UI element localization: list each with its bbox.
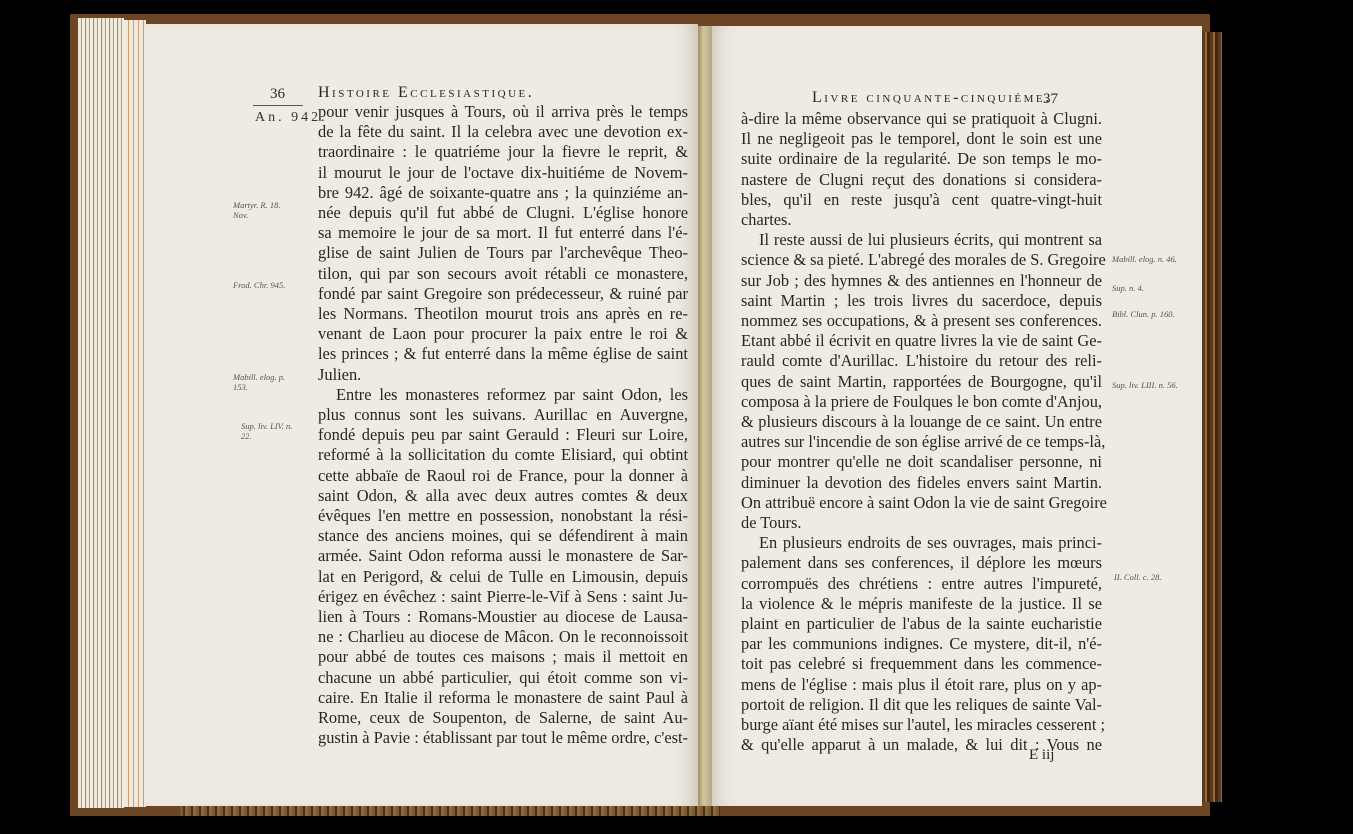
text-line: Rome, ceux de Soupenton, de Salerne, de … <box>318 708 688 728</box>
text-line: composa à la priere de Foulques le bon c… <box>741 392 1102 412</box>
text-line: Etant abbé il écrivit en quatre livres l… <box>741 331 1102 351</box>
text-line: On attribuë encore à saint Odon la vie d… <box>741 493 1102 513</box>
body-text: à-dire la même observance qui se pratiqu… <box>741 109 1102 756</box>
text-line: pour montrer qu'elle ne doit scandaliser… <box>741 452 1102 472</box>
margin-note: Mabill. elog. n. 46. <box>1112 254 1182 264</box>
running-head: Histoire Ecclesiastique. <box>318 84 534 102</box>
text-line: & plusieurs discours à la louange de ce … <box>741 412 1102 432</box>
text-line: tilon, qui par son secours avoit rétabli… <box>318 264 688 284</box>
margin-note: Sup. liv. LIV. n. 22. <box>241 421 295 441</box>
text-line: Julien. <box>318 365 688 385</box>
text-line: de la fête du saint. Il la celebra avec … <box>318 122 688 142</box>
text-line: fondé par saint Gregoire son prédecesseu… <box>318 284 688 304</box>
text-line: chacune un abbé particulier, qui étoit c… <box>318 668 688 688</box>
margin-rule <box>253 105 303 106</box>
text-line: science & sa pieté. L'abregé des morales… <box>741 250 1102 270</box>
book-gutter <box>698 26 712 806</box>
text-line: nastere de Clugni reçut des donations si… <box>741 170 1102 190</box>
text-line: de Tours. <box>741 513 1102 533</box>
text-line: évêques l'en mettre en possession, nonob… <box>318 506 688 526</box>
page-edges-left-inner <box>124 20 146 807</box>
page-number: 36 <box>270 86 285 103</box>
margin-note: Frod. Chr. 945. <box>233 280 293 290</box>
text-line: née depuis qu'il fut abbé de Clugni. L'é… <box>318 203 688 223</box>
text-line: saint Martin ; les trois livres du sacer… <box>741 291 1102 311</box>
body-text: pour venir jusques à Tours, où il arriva… <box>318 102 688 749</box>
text-line: par les communions indignes. Ce mystere,… <box>741 634 1102 654</box>
text-line: la violence & le mépris manifeste de la … <box>741 594 1102 614</box>
left-page: 36 Histoire Ecclesiastique. An. 942. Mar… <box>145 24 698 806</box>
text-line: chartes. <box>741 210 1102 230</box>
text-line: sa memoire le jour de sa mort. Il fut en… <box>318 223 688 243</box>
text-line: stance des anciens moines, qui se défend… <box>318 526 688 546</box>
text-line: lien à Tours : Romans-Moustier au dioces… <box>318 607 688 627</box>
text-line: Entre les monasteres reformez par saint … <box>318 385 688 405</box>
text-line: autres sur l'incendie de son église arri… <box>741 432 1102 452</box>
text-line: il mourut le jour de l'octave dix-huitié… <box>318 163 688 183</box>
text-line: rauld comte d'Aurillac. L'histoire du re… <box>741 351 1102 371</box>
text-line: reformé à la sollicitation du comte Elis… <box>318 445 688 465</box>
text-line: caire. En Italie il reforma le monastere… <box>318 688 688 708</box>
text-line: pour venir jusques à Tours, où il arriva… <box>318 102 688 122</box>
text-line: Il reste aussi de lui plusieurs écrits, … <box>741 230 1102 250</box>
text-line: plaint en particulier de l'abus de la sa… <box>741 614 1102 634</box>
text-line: les princes ; & fut enterré dans la même… <box>318 344 688 364</box>
page-number: 37 <box>1043 91 1058 108</box>
text-line: Il ne negligeoit pas le temporel, dont l… <box>741 129 1102 149</box>
signature-mark: E iij <box>1029 747 1054 764</box>
text-line: portoit de religion. Il dit que les reli… <box>741 695 1102 715</box>
text-line: armée. Saint Odon reforma aussi le monas… <box>318 546 688 566</box>
text-line: venant de Laon pour procurer la paix ent… <box>318 324 688 344</box>
text-line: à-dire la même observance qui se pratiqu… <box>741 109 1102 129</box>
year-marker: An. 942. <box>255 110 328 126</box>
text-line: burge aïant été mises sur l'autel, les m… <box>741 715 1102 735</box>
text-line: toit pas celebré si frequemment dans les… <box>741 654 1102 674</box>
text-line: plus connus sont les suivans. Aurillac e… <box>318 405 688 425</box>
right-page: Livre cinquante-cinquiéme. 37 Mabill. el… <box>712 26 1202 806</box>
text-line: ne : Charlieu au diocese de Mâcon. On le… <box>318 627 688 647</box>
text-line: sur Job ; des hymnes & des antiennes en … <box>741 271 1102 291</box>
margin-note: Martyr. R. 18. Nov. <box>233 200 293 220</box>
text-line: diminuer la devotion des fideles envers … <box>741 473 1102 493</box>
text-line: ques de saint Martin, rapportées de Bour… <box>741 372 1102 392</box>
margin-note: II. Coll. c. 28. <box>1114 572 1184 582</box>
text-line: gustin à Pavie : établissant par tout le… <box>318 728 688 748</box>
text-line: suite ordinaire de la regularité. De son… <box>741 149 1102 169</box>
running-head: Livre cinquante-cinquiéme. <box>812 89 1052 107</box>
text-line: bre 942. âgé de soixante-quatre ans ; la… <box>318 183 688 203</box>
text-line: corrompuës des chrétiens : entre autres … <box>741 574 1102 594</box>
book-cover-right-edge <box>1202 32 1222 802</box>
text-line: glise de saint Julien de Tours par l'arc… <box>318 243 688 263</box>
page-edges-left <box>78 18 124 808</box>
text-line: pour abbé de toutes ces maisons ; mais i… <box>318 647 688 667</box>
margin-note: Mabill. elog. p. 153. <box>233 372 293 392</box>
text-line: lat en Perigord, & celui de Tulle en Lim… <box>318 567 688 587</box>
text-line: nommez ses occupations, & à present ses … <box>741 311 1102 331</box>
text-line: fondé depuis peu par saint Gerauld : Fle… <box>318 425 688 445</box>
margin-note: Sup. liv. LIII. n. 56. <box>1112 380 1192 390</box>
text-line: traordinaire : le quatriéme jour la fiev… <box>318 142 688 162</box>
text-line: bles, qu'il en reste jusqu'à cent quatre… <box>741 190 1102 210</box>
text-line: les Normans. Theotilon mourut trois ans … <box>318 304 688 324</box>
margin-note: Bibl. Clun. p. 160. <box>1112 309 1182 319</box>
text-line: En plusieurs endroits de ses ouvrages, m… <box>741 533 1102 553</box>
text-line: palement dans ses conferences, il déplor… <box>741 553 1102 573</box>
text-line: érigez en évêchez : saint Pierre-le-Vif … <box>318 587 688 607</box>
text-line: saint Odon, & alla avec deux autres comt… <box>318 486 688 506</box>
text-line: cette abbaïe de Raoul roi de France, pou… <box>318 466 688 486</box>
text-line: mens de l'église : mais plus il étoit ra… <box>741 675 1102 695</box>
margin-note: Sup. n. 4. <box>1112 283 1182 293</box>
